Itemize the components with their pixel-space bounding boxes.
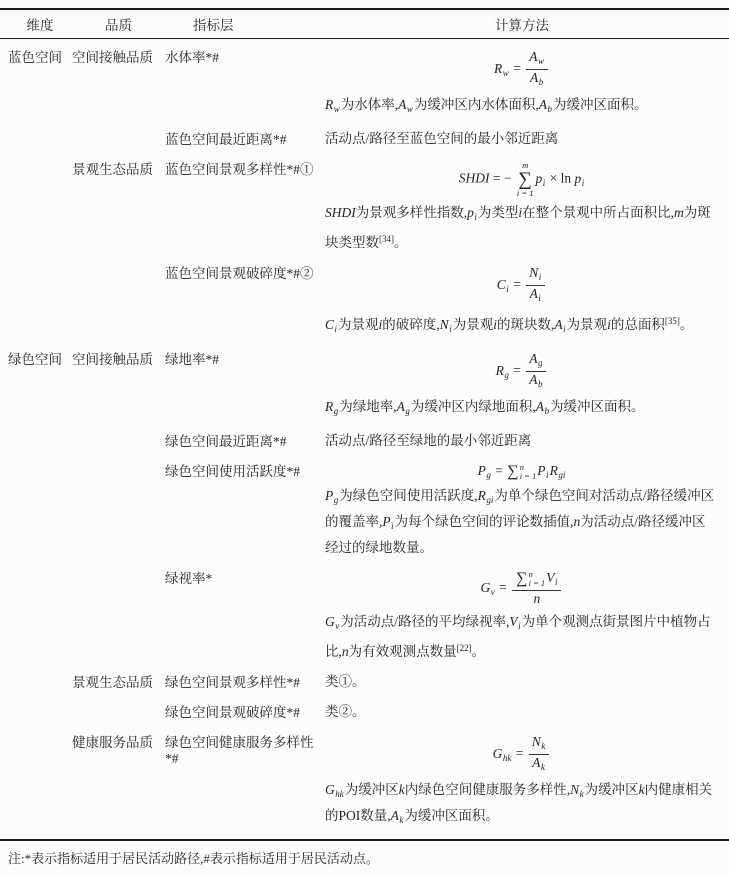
math-subscript: g [334, 406, 339, 416]
math-variable: Ab [536, 399, 550, 414]
sum-lower-limit: i = 1 [529, 579, 546, 588]
cell-indicator: 绿色空间使用活跃度*# [165, 460, 325, 480]
citation-superscript: [35] [665, 316, 680, 326]
fraction-denominator: n [512, 590, 561, 607]
cell-indicator: 绿视率* [165, 567, 325, 587]
math-variable: Pg [478, 463, 492, 478]
math-text: 为景观多样性指数, [356, 205, 467, 220]
col-header-dimension: 维度 [8, 14, 72, 34]
math-variable: Ab [530, 70, 544, 85]
math-subscript: g [504, 370, 509, 380]
fraction-denominator: Ab [526, 69, 548, 90]
math-text: 为缓冲区内绿地面积, [411, 399, 536, 414]
table-row: 蓝色空间最近距离*# 活动点/路径至蓝色空间的最小邻近距离 [0, 128, 729, 150]
fraction-numerator: Nk [529, 734, 550, 754]
math-text: 类①。 [325, 674, 366, 689]
math-variable: Nk [570, 782, 585, 797]
math-subscript: i [506, 284, 509, 294]
math-text: 为绿色空间使用活跃度, [339, 488, 477, 503]
math-variable: n [342, 644, 349, 659]
cell-indicator: 蓝色空间最近距离*# [165, 128, 325, 148]
math-text: 为每个绿色空间的评论数插值, [395, 514, 574, 529]
math-text: 为活动点/路径的平均绿视率, [340, 614, 509, 629]
math-subscript: i [518, 621, 521, 631]
cell-indicator: 绿色空间景观破碎度*# [165, 701, 325, 721]
math-subscript: gi [558, 470, 565, 480]
math-subscript: i [335, 324, 338, 334]
formula: Rw = AwAb [325, 49, 719, 90]
sum-lower-limit: i = 1 [520, 472, 537, 481]
math-variable: Ak [532, 755, 546, 770]
description: 活动点/路径至蓝色空间的最小邻近距离 [325, 128, 719, 150]
col-header-indicator: 指标层 [165, 14, 325, 34]
math-variable: Ag [397, 399, 411, 414]
math-subscript: hk [335, 789, 344, 799]
math-subscript: g [405, 406, 410, 416]
math-text: = [512, 746, 526, 761]
table-row: 绿视率* Gv = ∑ni = 1VinGv为活动点/路径的平均绿视率,Vi为单… [0, 567, 729, 663]
math-variable: SHDI [459, 171, 490, 186]
math-text: × ln [546, 171, 574, 186]
sum-limits: ni = 1 [529, 570, 546, 588]
math-subscript: g [334, 495, 339, 505]
math-subscript: hk [503, 753, 512, 763]
cell-calculation: 活动点/路径至蓝色空间的最小邻近距离 [325, 128, 719, 150]
math-text: = [510, 61, 524, 76]
math-text: 为水体率, [341, 97, 398, 112]
math-variable: Rg [496, 363, 510, 378]
fraction-denominator: Ab [526, 371, 546, 392]
math-subscript: i [582, 178, 585, 188]
fraction-numerator: ∑ni = 1Vi [512, 570, 561, 590]
formula: Ghk = NkAk [325, 734, 719, 775]
cell-indicator: 绿色空间最近距离*# [165, 430, 325, 450]
table-header-row: 维度 品质 指标层 计算方法 [0, 10, 729, 38]
math-variable: SHDI [325, 205, 356, 220]
math-variable: pi [574, 171, 585, 186]
formula: Rg = AgAb [325, 351, 719, 392]
cell-calculation: SHDI = − m∑i = 1pi × ln piSHDI为景观多样性指数,p… [325, 158, 719, 254]
fraction-numerator: Aw [526, 49, 548, 69]
table-body: 蓝色空间 空间接触品质 水体率*# Rw = AwAbRw为水体率,Aw为缓冲区… [0, 39, 729, 831]
cell-indicator: 蓝色空间景观多样性*#① [165, 158, 325, 178]
math-variable: Ai [530, 286, 542, 301]
math-variable: Ghk [325, 782, 345, 797]
table-row: 绿色空间最近距离*# 活动点/路径至绿地的最小邻近距离 [0, 430, 729, 452]
math-variable: Ak [391, 808, 405, 823]
math-text: 为类型 [478, 205, 519, 220]
fraction: ∑ni = 1Vin [512, 570, 561, 607]
math-variable: Ghk [493, 746, 513, 761]
math-text: 为景观 [453, 317, 494, 332]
math-text: 为景观 [338, 317, 379, 332]
math-text: 活动点/路径至绿地的最小邻近距离 [325, 433, 531, 448]
math-subscript: g [538, 358, 543, 368]
description: Ci为景观i的破碎度,Ni为景观i的斑块数,Ai为景观i的总面积[35]。 [325, 310, 719, 340]
math-text: 为缓冲区面积。 [550, 399, 645, 414]
col-header-calculation: 计算方法 [325, 14, 719, 34]
math-text: 的斑块数, [497, 317, 554, 332]
math-text: 为缓冲区内水体面积, [414, 97, 539, 112]
fraction: NkAk [529, 734, 550, 775]
math-subscript: v [335, 621, 339, 631]
math-text: 为缓冲区 [585, 782, 639, 797]
math-text: = [496, 580, 510, 595]
cell-calculation: 类①。 [325, 671, 719, 693]
description: Rw为水体率,Aw为缓冲区内水体面积,Ab为缓冲区面积。 [325, 94, 719, 120]
math-text: 内绿色空间健康服务多样性, [405, 782, 570, 797]
math-text: 为有效观测点数量 [349, 644, 457, 659]
math-variable: Gv [481, 580, 496, 595]
math-text: = [510, 277, 524, 292]
cell-calculation: Rg = AgAbRg为绿地率,Ag为缓冲区内绿地面积,Ab为缓冲区面积。 [325, 348, 719, 422]
math-text: 为缓冲区 [345, 782, 399, 797]
math-subscript: i [449, 324, 452, 334]
math-text: 为景观 [567, 317, 608, 332]
cell-indicator: 水体率*# [165, 46, 325, 66]
cell-quality: 空间接触品质 [72, 46, 165, 66]
cell-quality: 空间接触品质 [72, 348, 165, 368]
math-text: 。 [472, 644, 486, 659]
cell-dimension: 绿色空间 [8, 348, 72, 368]
math-subscript: w [407, 104, 413, 114]
math-variable: Ci [325, 317, 338, 332]
formula: Pg = ∑ni = 1PiRgi [325, 463, 719, 481]
math-subscript: i [391, 521, 394, 531]
math-text: 为缓冲区面积。 [553, 97, 648, 112]
description: 类①。 [325, 671, 719, 693]
formula: Gv = ∑ni = 1Vin [325, 570, 719, 607]
formula: Ci = NiAi [325, 265, 719, 306]
math-text: 为缓冲区面积。 [404, 808, 499, 823]
math-subscript: i [538, 293, 541, 303]
math-text: = [492, 463, 506, 478]
math-text: 的总面积 [611, 317, 665, 332]
math-variable: Vi [546, 570, 558, 585]
table-row: 蓝色空间 空间接触品质 水体率*# Rw = AwAbRw为水体率,Aw为缓冲区… [0, 46, 729, 120]
math-variable: Ni [529, 265, 542, 280]
math-variable: Ab [529, 372, 543, 387]
description: 类②。 [325, 701, 719, 723]
sigma-symbol: ∑ [516, 571, 527, 587]
table-note: 注:*表示指标适用于居民活动路径,#表示指标适用于居民活动点。 [0, 841, 729, 874]
cell-indicator: 绿地率*# [165, 348, 325, 368]
cell-indicator: 绿色空间景观多样性*# [165, 671, 325, 691]
cell-calculation: 活动点/路径至绿地的最小邻近距离 [325, 430, 719, 452]
math-subscript: k [580, 789, 584, 799]
math-variable: Rgi [478, 488, 495, 503]
cell-calculation: 类②。 [325, 701, 719, 723]
table-row: 景观生态品质 绿色空间景观多样性*# 类①。 [0, 671, 729, 693]
cell-calculation: Gv = ∑ni = 1VinGv为活动点/路径的平均绿视率,Vi为单个观测点街… [325, 567, 719, 663]
math-text: = [510, 363, 524, 378]
paper-table-page: 维度 品质 指标层 计算方法 蓝色空间 空间接触品质 水体率*# Rw = Aw… [0, 0, 729, 874]
math-variable: Ai [554, 317, 566, 332]
math-text: = − [490, 171, 515, 186]
math-text: 在整个景观中所占面积比, [522, 205, 674, 220]
cell-indicator: 绿色空间健康服务多样性*# [165, 731, 325, 767]
table-row: 绿色空间 空间接触品质 绿地率*# Rg = AgAbRg为绿地率,Ag为缓冲区… [0, 348, 729, 422]
cell-calculation: Rw = AwAbRw为水体率,Aw为缓冲区内水体面积,Ab为缓冲区面积。 [325, 46, 719, 120]
math-subscript: i [543, 178, 546, 188]
math-variable: Pi [537, 463, 549, 478]
math-subscript: w [334, 104, 340, 114]
math-subscript: v [491, 587, 495, 597]
fraction-numerator: Ag [526, 351, 546, 371]
cell-indicator: 蓝色空间景观破碎度*#② [165, 262, 325, 282]
math-subscript: w [503, 68, 509, 78]
cell-calculation: Pg = ∑ni = 1PiRgiPg为绿色空间使用活跃度,Rgi为单个绿色空间… [325, 460, 719, 559]
sum-operator: ∑ni = 1 [507, 463, 536, 481]
citation-superscript: [22] [457, 643, 472, 653]
fraction: AwAb [526, 49, 548, 90]
sum-operator: ∑ni = 1 [516, 570, 545, 588]
table-row: 蓝色空间景观破碎度*#② Ci = NiAiCi为景观i的破碎度,Ni为景观i的… [0, 262, 729, 340]
math-subscript: i [539, 272, 542, 282]
description: Pg为绿色空间使用活跃度,Rgi为单个绿色空间对活动点/路径缓冲区的覆盖率,Pi… [325, 485, 719, 559]
math-text: 的破碎度, [382, 317, 439, 332]
table-row: 景观生态品质 蓝色空间景观多样性*#① SHDI = − m∑i = 1pi ×… [0, 158, 729, 254]
math-subscript: gi [486, 495, 493, 505]
math-subscript: k [541, 741, 545, 751]
math-subscript: i [546, 470, 549, 480]
math-subscript: b [548, 104, 553, 114]
description: 活动点/路径至绿地的最小邻近距离 [325, 430, 719, 452]
math-text: 类②。 [325, 704, 366, 719]
math-variable: Rgi [550, 463, 567, 478]
description: Rg为绿地率,Ag为缓冲区内绿地面积,Ab为缓冲区面积。 [325, 396, 719, 422]
cell-calculation: Ghk = NkAkGhk为缓冲区k内绿色空间健康服务多样性,Nk为缓冲区k内健… [325, 731, 719, 831]
fraction: NiAi [526, 265, 545, 306]
math-subscript: g [486, 470, 491, 480]
table-row: 绿色空间使用活跃度*# Pg = ∑ni = 1PiRgiPg为绿色空间使用活跃… [0, 460, 729, 559]
math-subscript: i [555, 577, 558, 587]
cell-quality: 景观生态品质 [72, 671, 165, 691]
fraction: AgAb [526, 351, 546, 392]
fraction-numerator: Ni [526, 265, 545, 285]
math-variable: m [674, 205, 684, 220]
sum-operator: m∑i = 1 [517, 161, 534, 198]
cell-dimension: 蓝色空间 [8, 46, 72, 66]
cell-quality: 景观生态品质 [72, 158, 165, 178]
math-subscript: i [474, 212, 477, 222]
math-variable: Pg [325, 488, 339, 503]
math-variable: Rw [325, 97, 341, 112]
math-text: 为绿地率, [339, 399, 396, 414]
math-variable: Nk [532, 734, 547, 749]
fraction-denominator: Ai [526, 285, 545, 306]
math-variable: pi [467, 205, 478, 220]
citation-superscript: [34] [379, 234, 394, 244]
math-subscript: k [541, 762, 545, 772]
math-text: 。 [394, 235, 408, 250]
table-row: 绿色空间景观破碎度*# 类②。 [0, 701, 729, 723]
math-variable: Gv [325, 614, 340, 629]
math-variable: Aw [398, 97, 414, 112]
math-variable: Aw [529, 49, 545, 64]
math-variable: Pi [382, 514, 394, 529]
math-subscript: w [538, 56, 544, 66]
math-variable: Ci [497, 277, 510, 292]
math-subscript: b [545, 406, 550, 416]
formula: SHDI = − m∑i = 1pi × ln pi [325, 161, 719, 198]
math-text: 。 [680, 317, 694, 332]
fraction-denominator: Ak [529, 754, 550, 775]
sum-lower-limit: i = 1 [517, 189, 534, 198]
math-subscript: b [539, 77, 544, 87]
description: SHDI为景观多样性指数,pi为类型i在整个景观中所占面积比,m为斑块类型数[3… [325, 202, 719, 254]
math-subscript: b [538, 379, 543, 389]
math-variable: n [533, 591, 540, 606]
math-variable: Rg [325, 399, 339, 414]
math-variable: Vi [509, 614, 521, 629]
math-subscript: k [399, 815, 403, 825]
description: Gv为活动点/路径的平均绿视率,Vi为单个观测点街景图片中植物占比,n为有效观测… [325, 611, 719, 663]
cell-calculation: Ci = NiAiCi为景观i的破碎度,Ni为景观i的斑块数,Ai为景观i的总面… [325, 262, 719, 340]
sigma-symbol: ∑ [507, 464, 518, 480]
sum-limits: ni = 1 [520, 463, 537, 481]
cell-quality: 健康服务品质 [72, 731, 165, 751]
math-text: 活动点/路径至蓝色空间的最小邻近距离 [325, 131, 558, 146]
math-variable: Ab [539, 97, 553, 112]
sigma-symbol: ∑ [518, 170, 532, 189]
math-variable: Ag [529, 351, 543, 366]
math-variable: Ni [440, 317, 453, 332]
math-variable: pi [535, 171, 546, 186]
col-header-quality: 品质 [72, 14, 165, 34]
table-row: 健康服务品质 绿色空间健康服务多样性*# Ghk = NkAkGhk为缓冲区k内… [0, 731, 729, 831]
math-variable: Rw [494, 61, 510, 76]
description: Ghk为缓冲区k内绿色空间健康服务多样性,Nk为缓冲区k内健康相关的POI数量,… [325, 779, 719, 831]
math-subscript: i [563, 324, 566, 334]
